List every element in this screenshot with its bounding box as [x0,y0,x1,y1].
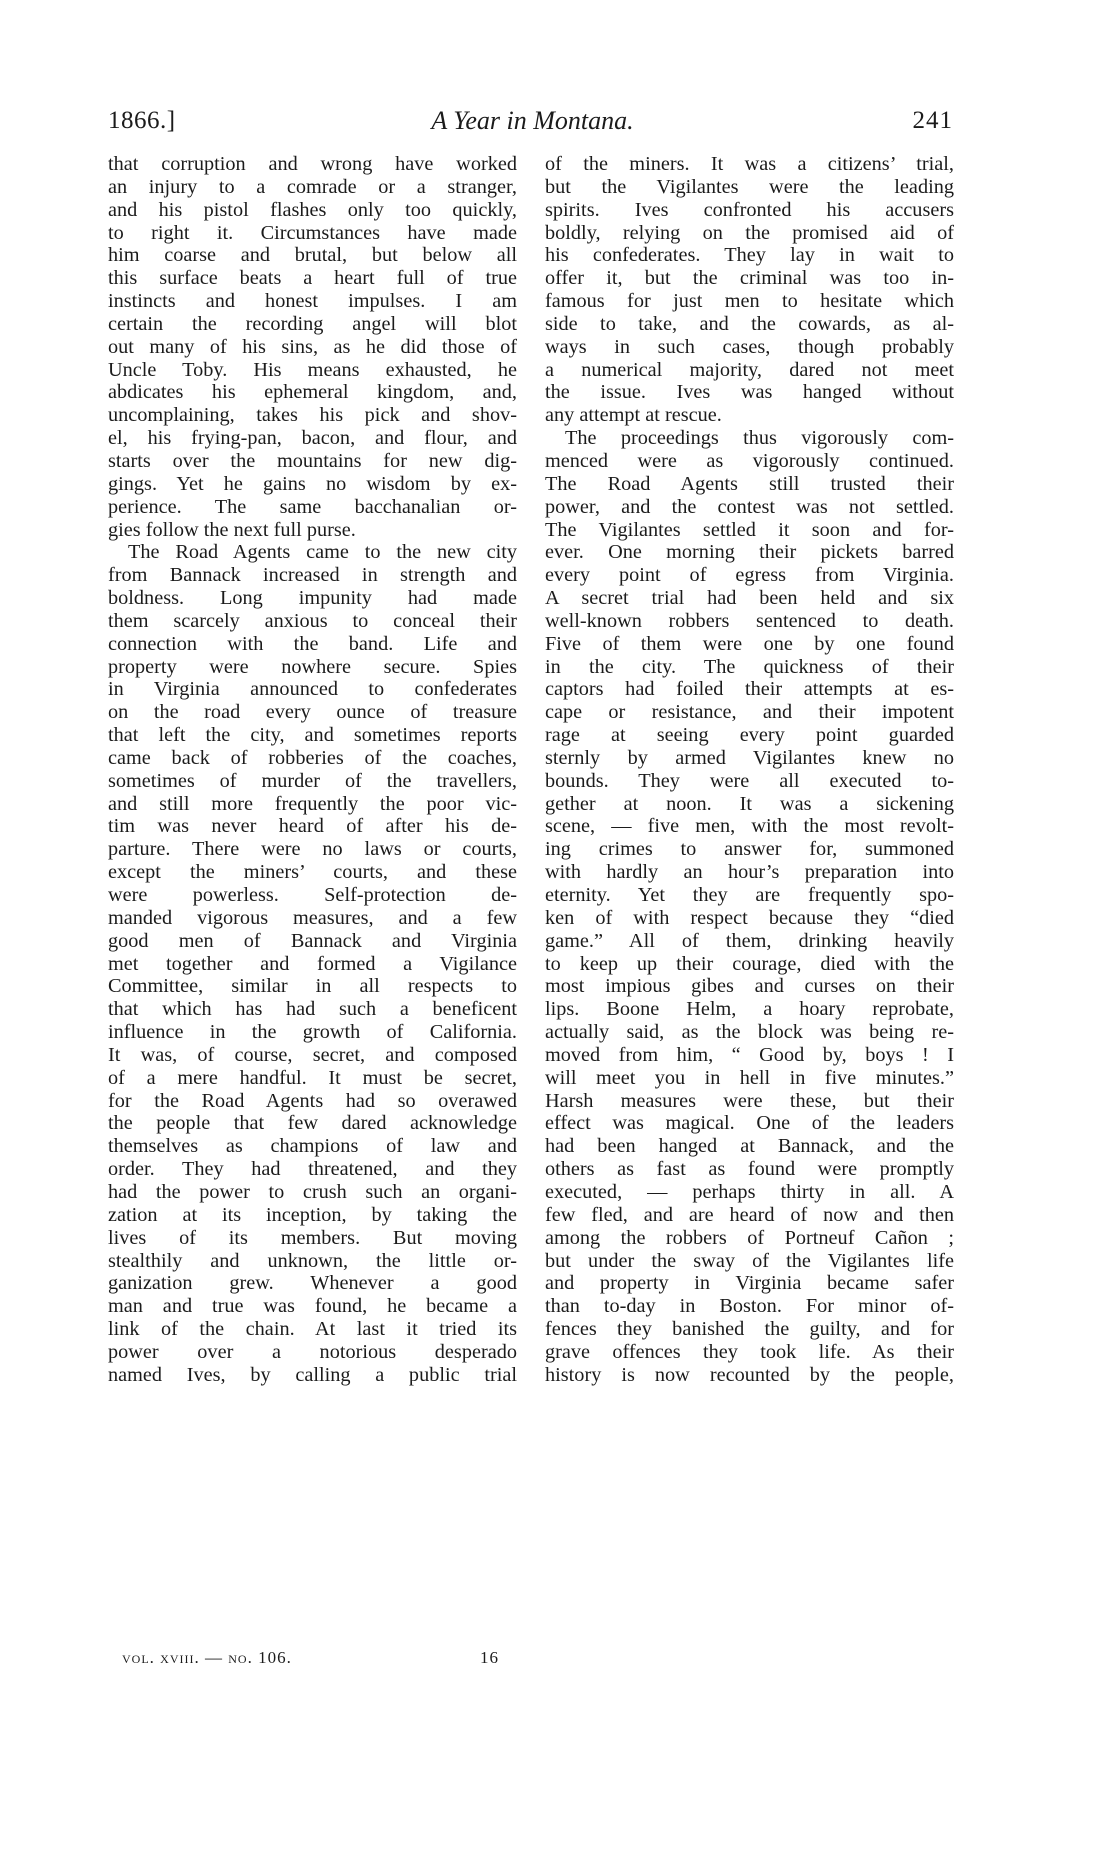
text-line: uncomplaining, takes his pick and shov- [108,404,517,427]
text-line: Uncle Toby. His means exhausted, he [108,359,517,382]
text-line: Harsh measures were these, but their [545,1090,954,1113]
signature-number: 16 [480,1645,499,1671]
text-line: abdicates his ephemeral kingdom, and, [108,381,517,404]
text-line: manded vigorous measures, and a few [108,907,517,930]
text-line: had the power to crush such an organi- [108,1181,517,1204]
text-line: stealthily and unknown, the little or- [108,1250,517,1273]
text-line: effect was magical. One of the leaders [545,1112,954,1135]
text-line: offer it, but the criminal was too in- [545,267,954,290]
text-line: than to-day in Boston. For minor of- [545,1295,954,1318]
text-line: an injury to a comrade or a stranger, [108,176,517,199]
text-line: ganization grew. Whenever a good [108,1272,517,1295]
text-line: that which has had such a beneficent [108,998,517,1021]
text-line: themselves as champions of law and [108,1135,517,1158]
text-line: lives of its members. But moving [108,1227,517,1250]
volume-signature: vol. xviii. — no. 106. [122,1645,292,1671]
text-line: link of the chain. At last it tried its [108,1318,517,1341]
text-line: to right it. Circumstances have made [108,222,517,245]
text-line: fences they banished the guilty, and for [545,1318,954,1341]
text-line: ever. One morning their pickets barred [545,541,954,564]
text-line: will meet you in hell in five minutes.” [545,1067,954,1090]
text-line: but the Vigilantes were the leading [545,176,954,199]
text-line: tim was never heard of after his de- [108,815,517,838]
text-line: named Ives, by calling a public trial [108,1364,517,1387]
text-line: perience. The same bacchanalian or- [108,496,517,519]
text-line: It was, of course, secret, and composed [108,1044,517,1067]
text-line: gether at noon. It was a sickening [545,793,954,816]
right-text-column: of the miners. It was a citizens’ trial,… [545,153,954,1387]
text-line: except the miners’ courts, and these [108,861,517,884]
text-line: history is now recounted by the people, [545,1364,954,1387]
text-line: The Vigilantes settled it soon and for- [545,519,954,542]
text-line: with hardly an hour’s preparation into [545,861,954,884]
text-line: power, and the contest was not settled. [545,496,954,519]
text-line: parture. There were no laws or courts, [108,838,517,861]
text-line: a numerical majority, dared not meet [545,359,954,382]
text-line: ken of with respect because they “died [545,907,954,930]
page-number: 241 [913,104,954,138]
text-line: grave offences they took life. As their [545,1341,954,1364]
header-title: A Year in Montana. [108,104,953,138]
text-line: and still more frequently the poor vic- [108,793,517,816]
text-line: ways in such cases, though probably [545,336,954,359]
page-footer: vol. xviii. — no. 106. 16 [108,1645,517,1671]
text-line: them scarcely anxious to conceal their [108,610,517,633]
text-line: zation at its inception, by taking the [108,1204,517,1227]
text-line: that left the city, and sometimes report… [108,724,517,747]
text-line: rage at seeing every point guarded [545,724,954,747]
text-line: famous for just men to hesitate which [545,290,954,313]
text-line: gies follow the next full purse. [108,519,517,542]
text-line: certain the recording angel will blot [108,313,517,336]
text-line: good men of Bannack and Virginia [108,930,517,953]
text-line: connection with the band. Life and [108,633,517,656]
text-line: any attempt at rescue. [545,404,954,427]
text-line: in Virginia announced to confederates [108,678,517,701]
text-line: were powerless. Self-protection de- [108,884,517,907]
text-line: executed, — perhaps thirty in all. A [545,1181,954,1204]
text-line: A secret trial had been held and six [545,587,954,610]
text-line: of a mere handful. It must be secret, [108,1067,517,1090]
text-line: his confederates. They lay in wait to [545,244,954,267]
text-line: met together and formed a Vigilance [108,953,517,976]
text-line: others as fast as found were promptly [545,1158,954,1181]
text-line: eternity. Yet they are frequently spo- [545,884,954,907]
text-line: The Road Agents came to the new city [108,541,517,564]
text-line: Committee, similar in all respects to [108,975,517,998]
text-line: most impious gibes and curses on their [545,975,954,998]
text-line: had been hanged at Bannack, and the [545,1135,954,1158]
text-line: and his pistol flashes only too quickly, [108,199,517,222]
text-line: and property in Virginia became safer [545,1272,954,1295]
text-line: gings. Yet he gains no wisdom by ex- [108,473,517,496]
text-line: The Road Agents still trusted their [545,473,954,496]
text-line: sternly by armed Vigilantes knew no [545,747,954,770]
text-line: Five of them were one by one found [545,633,954,656]
text-line: captors had foiled their attempts at es- [545,678,954,701]
text-line: moved from him, “ Good by, boys ! I [545,1044,954,1067]
text-line: ing crimes to answer for, summoned [545,838,954,861]
text-line: every point of egress from Virginia. [545,564,954,587]
text-line: property were nowhere secure. Spies [108,656,517,679]
text-line: spirits. Ives confronted his accusers [545,199,954,222]
running-header: 1866.] A Year in Montana. 241 [108,104,953,138]
text-line: this surface beats a heart full of true [108,267,517,290]
left-text-column: that corruption and wrong have workedan … [108,153,517,1387]
text-line: order. They had threatened, and they [108,1158,517,1181]
text-line: from Bannack increased in strength and [108,564,517,587]
text-line: for the Road Agents had so overawed [108,1090,517,1113]
text-line: The proceedings thus vigorously com- [545,427,954,450]
text-line: that corruption and wrong have worked [108,153,517,176]
text-line: on the road every ounce of treasure [108,701,517,724]
text-line: in the city. The quickness of their [545,656,954,679]
text-line: the people that few dared acknowledge [108,1112,517,1135]
text-line: side to take, and the cowards, as al- [545,313,954,336]
text-line: few fled, and are heard of now and then [545,1204,954,1227]
text-line: menced were as vigorously continued. [545,450,954,473]
text-line: to keep up their courage, died with the [545,953,954,976]
text-line: el, his frying-pan, bacon, and flour, an… [108,427,517,450]
text-line: bounds. They were all executed to- [545,770,954,793]
text-line: boldness. Long impunity had made [108,587,517,610]
text-line: cape or resistance, and their impotent [545,701,954,724]
text-line: instincts and honest impulses. I am [108,290,517,313]
text-line: boldly, relying on the promised aid of [545,222,954,245]
text-line: him coarse and brutal, but below all [108,244,517,267]
text-line: well-known robbers sentenced to death. [545,610,954,633]
text-line: the issue. Ives was hanged without [545,381,954,404]
text-line: actually said, as the block was being re… [545,1021,954,1044]
text-line: lips. Boone Helm, a hoary reprobate, [545,998,954,1021]
text-line: starts over the mountains for new dig- [108,450,517,473]
text-line: out many of his sins, as he did those of [108,336,517,359]
text-line: of the miners. It was a citizens’ trial, [545,153,954,176]
text-line: came back of robberies of the coaches, [108,747,517,770]
text-line: among the robbers of Portneuf Cañon ; [545,1227,954,1250]
text-line: sometimes of murder of the travellers, [108,770,517,793]
text-line: power over a notorious desperado [108,1341,517,1364]
text-line: man and true was found, he became a [108,1295,517,1318]
text-line: game.” All of them, drinking heavily [545,930,954,953]
text-line: but under the sway of the Vigilantes lif… [545,1250,954,1273]
text-line: scene, — five men, with the most revolt- [545,815,954,838]
text-line: influence in the growth of California. [108,1021,517,1044]
